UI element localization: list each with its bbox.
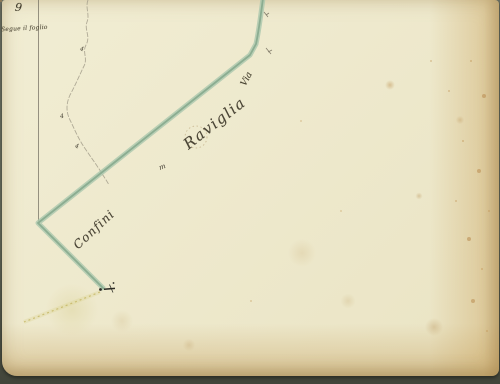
scanned-map-page: 9 Segue il foglio Via Raviglia Confini 4… bbox=[0, 0, 500, 384]
boundary-line bbox=[38, 0, 263, 289]
boundary-line-underlay bbox=[38, 0, 263, 289]
pencil-mark-top bbox=[264, 12, 269, 17]
stream-line bbox=[67, 0, 109, 185]
pencil-mark-bend bbox=[266, 48, 272, 54]
survey-tick: 4 bbox=[60, 113, 65, 120]
map-linework bbox=[0, 0, 500, 384]
sheet-number: 9 bbox=[14, 1, 22, 15]
